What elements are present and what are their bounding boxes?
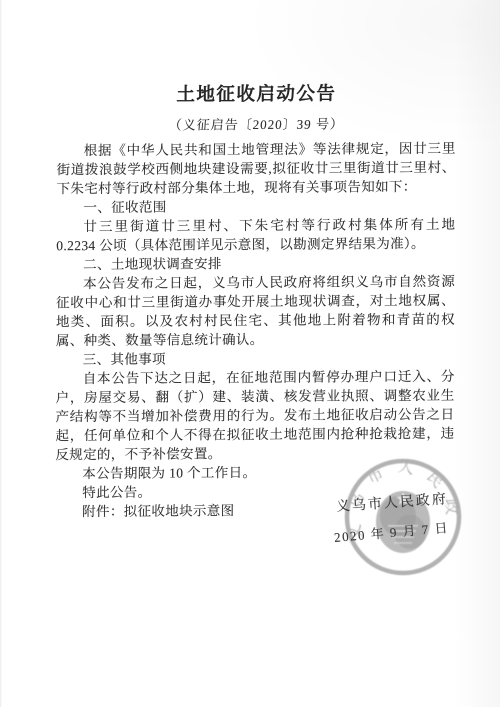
section-heading: 三、其他事项 (56, 347, 455, 368)
scan-edge-left (0, 0, 2, 707)
document-page: 土地征收启动公告 （义征启告〔2020〕39 号） 根据《中华人民共和国土地管理… (0, 0, 500, 707)
document-number: （义征启告〔2020〕39 号） (56, 116, 456, 131)
body-paragraph: 廿三里街道廿三里村、下朱宅村等行政村集体所有土地 0.2234 公顷（具体范围详… (56, 214, 455, 254)
section-heading: 一、征收范围 (56, 195, 455, 216)
section-heading: 二、土地现状调查安排 (56, 252, 455, 273)
body-paragraph: 本公告发布之日起，义乌市人民政府将组织义乌市自然资源征收中心和廿三里街道办事处开… (56, 271, 455, 349)
body-paragraph: 根据《中华人民共和国土地管理法》等法律规定，因廿三里街道拨浪鼓学校西侧地块建设需… (57, 138, 456, 197)
official-seal: 义乌市人民政府 (328, 442, 478, 592)
document-title: 土地征收启动公告 (57, 85, 456, 106)
